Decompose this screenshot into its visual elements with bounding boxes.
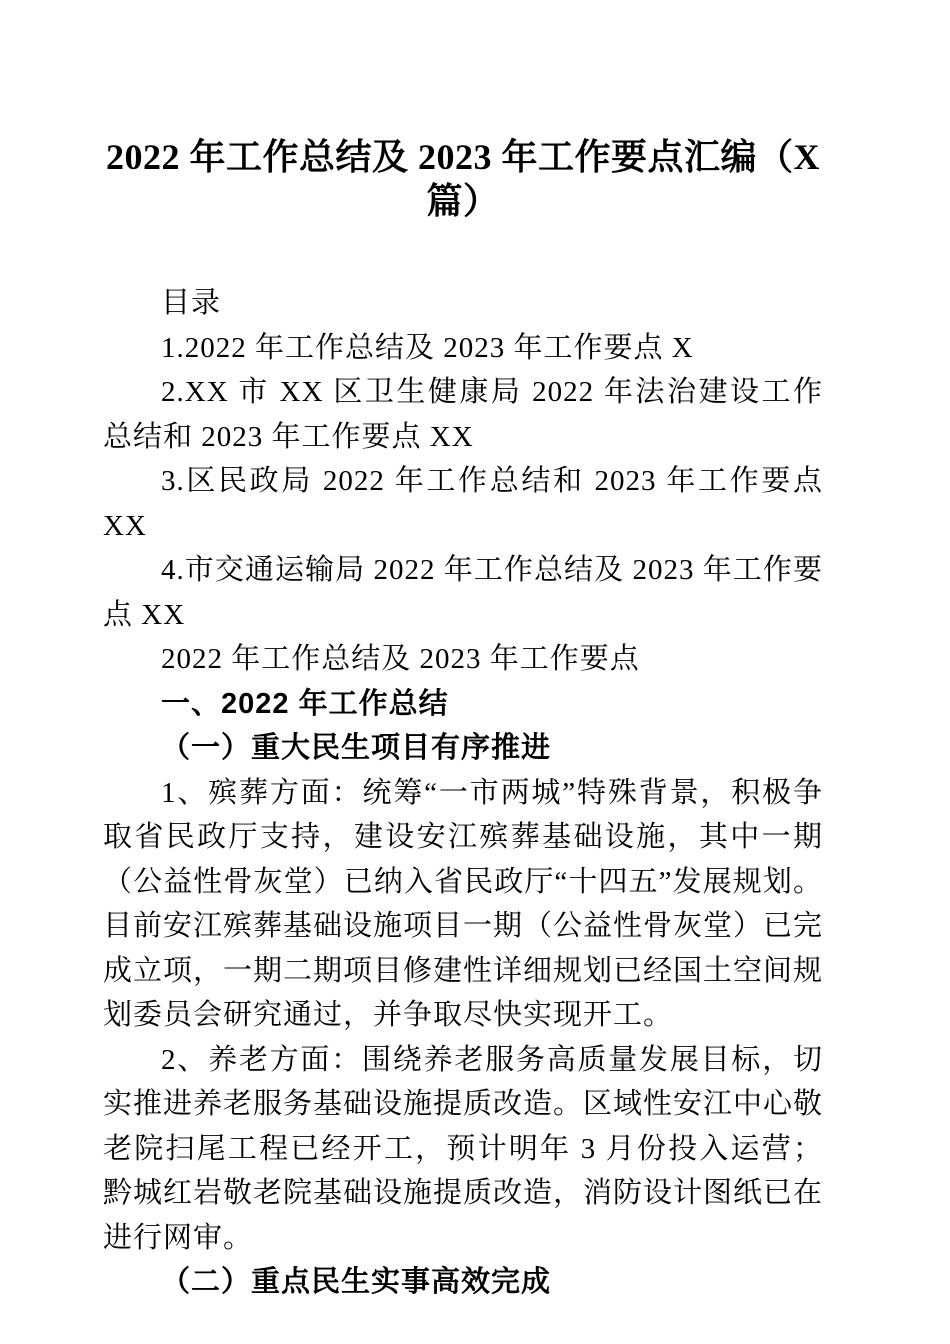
section-heading-1: 一、2022 年工作总结: [103, 682, 823, 727]
paragraph-funeral: 1、殡葬方面：统筹“一市两城”特殊背景，积极争取省民政厅支持，建设安江殡葬基础设…: [103, 771, 823, 1038]
first-document-title: 2022 年工作总结及 2023 年工作要点: [103, 637, 823, 682]
paragraph-eldercare: 2、养老方面：围绕养老服务高质量发展目标，切实推进养老服务基础设施提质改造。区域…: [103, 1038, 823, 1261]
toc-heading: 目录: [103, 281, 823, 326]
toc-item-2: 2.XX 市 XX 区卫生健康局 2022 年法治建设工作总结和 2023 年工…: [103, 370, 823, 459]
subsection-heading-1: （一）重大民生项目有序推进: [103, 726, 823, 771]
document-title: 2022 年工作总结及 2023 年工作要点汇编（X 篇）: [103, 135, 823, 223]
toc-item-4: 4.市交通运输局 2022 年工作总结及 2023 年工作要点 XX: [103, 548, 823, 637]
toc-item-1: 1.2022 年工作总结及 2023 年工作要点 X: [103, 326, 823, 371]
document-page: 2022 年工作总结及 2023 年工作要点汇编（X 篇） 目录 1.2022 …: [0, 0, 950, 1344]
subsection-heading-2: （二）重点民生实事高效完成: [103, 1260, 823, 1305]
toc-item-3: 3.区民政局 2022 年工作总结和 2023 年工作要点 XX: [103, 459, 823, 548]
